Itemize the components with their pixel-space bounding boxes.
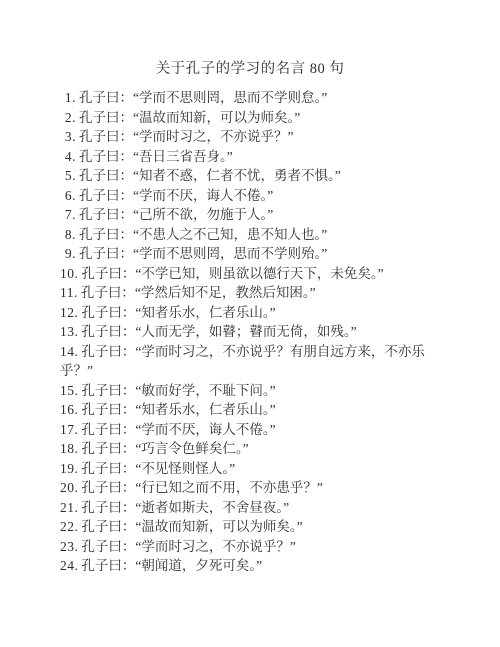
quote-number: 5. [60, 166, 76, 186]
quote-item: 24.孔子曰：“朝闻道，夕死可矣。” [60, 556, 436, 576]
quote-number: 11. [60, 283, 78, 303]
quote-text: 孔子曰：“学而不厌，诲人不倦。” [81, 422, 275, 437]
quote-item: 16.孔子曰：“知者乐水，仁者乐山。” [60, 400, 436, 420]
quote-text: 孔子曰：“知者乐水，仁者乐山。” [81, 402, 275, 417]
quote-item: 5.孔子曰：“知者不惑，仁者不忧，勇者不惧。” [60, 166, 436, 186]
quote-number: 16. [60, 400, 78, 420]
quote-item: 18.孔子曰：“巧言令色鲜矣仁。” [60, 439, 436, 459]
quote-item: 4.孔子曰：“吾日三省吾身。” [60, 147, 436, 167]
quote-text: 孔子曰：“己所不欲，勿施于人。” [79, 207, 273, 222]
quote-item: 3.孔子曰：“学而时习之，不亦说乎？” [60, 127, 436, 147]
quote-item: 13.孔子曰：“人而无学，如瞽；瞽而无倚，如残。” [60, 322, 436, 342]
document-background: { "page": { "title": "关于孔子的学习的名言 80 句", … [0, 0, 500, 647]
quote-number: 21. [60, 498, 78, 518]
quote-text: 孔子曰：“学而时习之，不亦说乎？有朋自远方来，不亦乐乎？” [60, 344, 425, 379]
quote-text: 孔子曰：“温故而知新，可以为师矣。” [79, 110, 300, 125]
quote-item: 9.孔子曰：“学而不思则罔，思而不学则殆。” [60, 244, 436, 264]
quote-number: 6. [60, 186, 76, 206]
quote-text: 孔子曰：“学而不思则罔，思而不学则殆。” [79, 246, 327, 261]
quote-text: 孔子曰：“知者乐水，仁者乐山。” [81, 305, 275, 320]
quote-text: 孔子曰：“不学已知，则虽欲以德行天下，未免矣。” [81, 266, 383, 281]
document-page: 关于孔子的学习的名言 80 句 1.孔子曰：“学而不思则罔，思而不学则怠。”2.… [0, 0, 500, 647]
quote-number: 12. [60, 303, 78, 323]
quote-text: 孔子曰：“吾日三省吾身。” [79, 149, 233, 164]
quote-number: 22. [60, 517, 78, 537]
quote-item: 23.孔子曰：“学而时习之，不亦说乎？” [60, 537, 436, 557]
quote-item: 19.孔子曰：“不见怪则怪人。” [60, 459, 436, 479]
quote-number: 13. [60, 322, 78, 342]
quote-item: 11.孔子曰：“学然后知不足，教然后知困。” [60, 283, 436, 303]
quote-item: 8.孔子曰：“不患人之不己知，患不知人也。” [60, 225, 436, 245]
quote-text: 孔子曰：“温故而知新，可以为师矣。” [81, 519, 302, 534]
quote-item: 7.孔子曰：“己所不欲，勿施于人。” [60, 205, 436, 225]
quote-item: 6.孔子曰：“学而不厌，诲人不倦。” [60, 186, 436, 206]
quote-number: 2. [60, 108, 76, 128]
quote-text: 孔子曰：“人而无学，如瞽；瞽而无倚，如残。” [81, 324, 356, 339]
quote-item: 1.孔子曰：“学而不思则罔，思而不学则怠。” [60, 88, 436, 108]
quote-item: 10.孔子曰：“不学已知，则虽欲以德行天下，未免矣。” [60, 264, 436, 284]
page-title: 关于孔子的学习的名言 80 句 [0, 0, 500, 78]
quote-number: 8. [60, 225, 76, 245]
quote-number: 19. [60, 459, 78, 479]
quote-item: 22.孔子曰：“温故而知新，可以为师矣。” [60, 517, 436, 537]
quote-item: 17.孔子曰：“学而不厌，诲人不倦。” [60, 420, 436, 440]
quote-item: 2.孔子曰：“温故而知新，可以为师矣。” [60, 108, 436, 128]
quote-item: 15.孔子曰：“敏而好学，不耻下问。” [60, 381, 436, 401]
quote-text: 孔子曰：“学而时习之，不亦说乎？” [81, 539, 295, 554]
quote-item: 21.孔子曰：“逝者如斯夫，不舍昼夜。” [60, 498, 436, 518]
quote-text: 孔子曰：“行已知之而不用，不亦患乎？” [81, 480, 322, 495]
quote-text: 孔子曰：“朝闻道，夕死可矣。” [81, 558, 262, 573]
quote-number: 9. [60, 244, 76, 264]
quote-item: 20.孔子曰：“行已知之而不用，不亦患乎？” [60, 478, 436, 498]
quote-text: 孔子曰：“敏而好学，不耻下问。” [81, 383, 275, 398]
quote-item: 14.孔子曰：“学而时习之，不亦说乎？有朋自远方来，不亦乐乎？” [60, 342, 436, 381]
quote-text: 孔子曰：“不患人之不己知，患不知人也。” [79, 227, 327, 242]
quote-number: 23. [60, 537, 78, 557]
quote-text: 孔子曰：“学而时习之，不亦说乎？” [79, 129, 293, 144]
quote-item: 12.孔子曰：“知者乐水，仁者乐山。” [60, 303, 436, 323]
quote-number: 3. [60, 127, 76, 147]
quote-number: 17. [60, 420, 78, 440]
quote-text: 孔子曰：“学而不厌，诲人不倦。” [79, 188, 273, 203]
quote-number: 20. [60, 478, 78, 498]
quote-number: 10. [60, 264, 78, 284]
quote-text: 孔子曰：“巧言令色鲜矣仁。” [81, 441, 248, 456]
quote-text: 孔子曰：“知者不惑，仁者不忧，勇者不惧。” [79, 168, 341, 183]
quote-number: 1. [60, 88, 76, 108]
quote-number: 14. [60, 342, 78, 362]
quote-text: 孔子曰：“学而不思则罔，思而不学则怠。” [79, 90, 327, 105]
quote-number: 18. [60, 439, 78, 459]
quote-number: 24. [60, 556, 78, 576]
quote-number: 4. [60, 147, 76, 167]
quote-number: 15. [60, 381, 78, 401]
quote-text: 孔子曰：“逝者如斯夫，不舍昼夜。” [81, 500, 289, 515]
quote-text: 孔子曰：“学然后知不足，教然后知困。” [81, 285, 316, 300]
quote-text: 孔子曰：“不见怪则怪人。” [81, 461, 235, 476]
quote-list: 1.孔子曰：“学而不思则罔，思而不学则怠。”2.孔子曰：“温故而知新，可以为师矣… [0, 88, 500, 576]
quote-number: 7. [60, 205, 76, 225]
